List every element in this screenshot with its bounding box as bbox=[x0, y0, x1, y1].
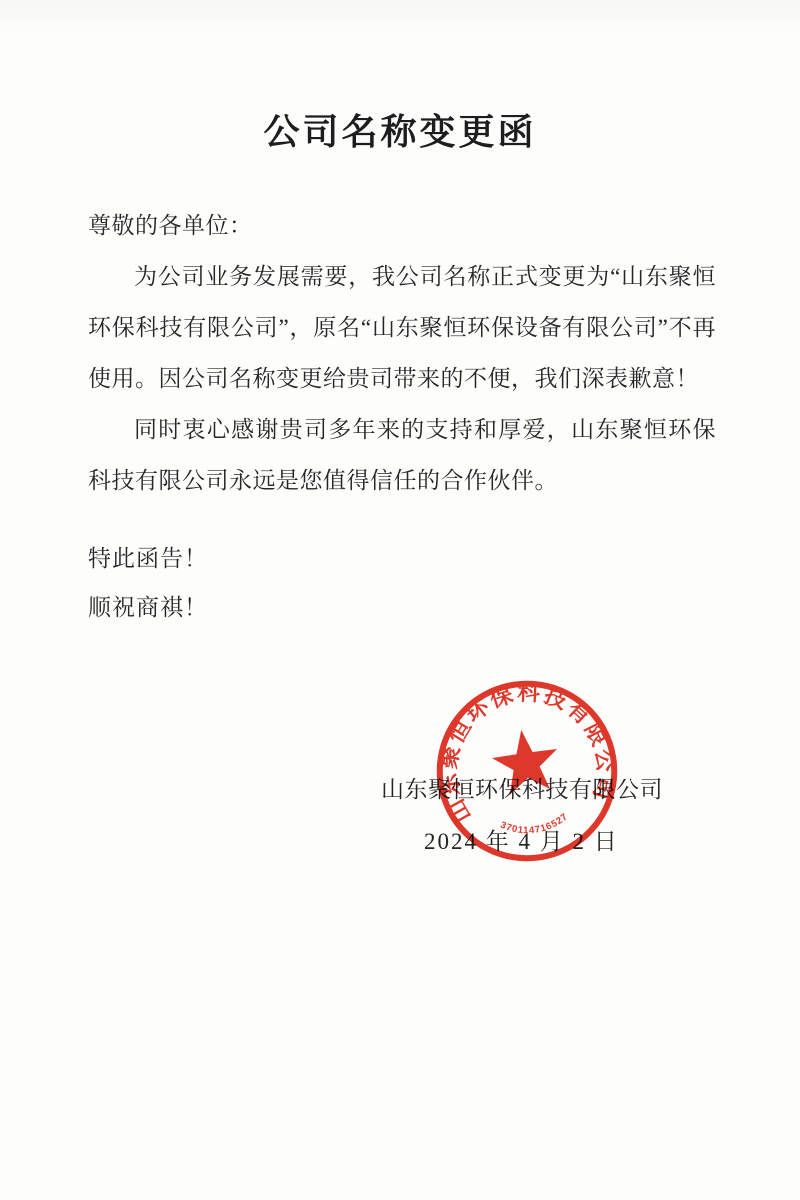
paragraph-2: 同时衷心感谢贵司多年来的支持和厚爱，山东聚恒环保科技有限公司永远是您值得信任的合… bbox=[88, 404, 716, 506]
company-seal-graphic: 山东聚恒环保科技有限公司 370114716527 bbox=[420, 664, 635, 879]
closing-notice: 特此函告！ bbox=[88, 540, 208, 573]
seal-serial-holder: 370114716527 bbox=[497, 810, 572, 840]
letter-body: 尊敬的各单位： 为公司业务发展需要，我公司名称正式变更为“山东聚恒环保科技有限公… bbox=[88, 200, 716, 506]
document-title: 公司名称变更函 bbox=[0, 104, 800, 155]
closing-wishes: 顺祝商祺！ bbox=[88, 589, 208, 622]
company-seal: 山东聚恒环保科技有限公司 370114716527 bbox=[420, 664, 635, 879]
salutation: 尊敬的各单位： bbox=[88, 200, 716, 251]
paragraph-1: 为公司业务发展需要，我公司名称正式变更为“山东聚恒环保科技有限公司”，原名“山东… bbox=[88, 251, 716, 404]
seal-serial-number: 370114716527 bbox=[497, 810, 572, 840]
star-icon bbox=[489, 725, 563, 796]
letter-page: 公司名称变更函 尊敬的各单位： 为公司业务发展需要，我公司名称正式变更为“山东聚… bbox=[0, 0, 800, 1200]
